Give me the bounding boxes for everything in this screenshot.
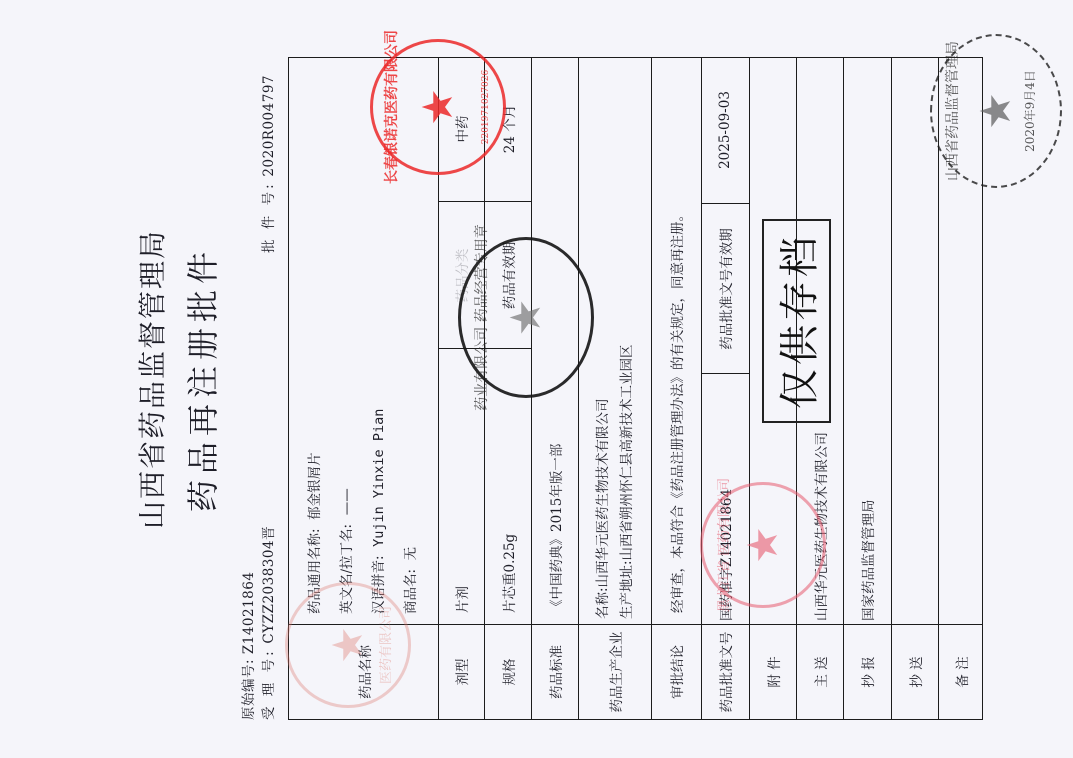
- approval-number-label: 批 件 号:: [261, 181, 277, 253]
- trade-name-line: 商品名: 无: [395, 409, 427, 614]
- manufacturer-address-value: 山西省朔州怀仁县高新技术工业园区: [619, 344, 635, 560]
- category-value: 中药: [438, 56, 484, 202]
- shelf-life-value: 24 个月: [484, 56, 531, 202]
- pinyin-line: 汉语拼音: Yujin Yinxie Pian: [363, 409, 395, 614]
- copy-to-label: 抄 送: [891, 625, 938, 719]
- pinyin-value: Yujin Yinxie Pian: [371, 409, 387, 547]
- english-name-line: 英文名/拉丁名: ——: [331, 409, 363, 614]
- category-label: 药品分类: [438, 202, 484, 349]
- english-name-label: 英文名/拉丁名:: [339, 524, 355, 614]
- original-number-value: Z14021864: [241, 572, 257, 655]
- pinyin-label: 汉语拼音:: [371, 555, 387, 614]
- drug-name-label: 药品名称: [289, 625, 438, 719]
- approval-number-value: 2020R004797: [261, 75, 277, 177]
- generic-name-value: 郁金银屑片: [307, 452, 323, 520]
- approval-doc-value: 国药准字Z14021864: [701, 374, 749, 625]
- original-number: 原始编号: Z14021864: [237, 572, 257, 720]
- manufacturer-details: 名称:山西华元医药生物技术有限公司 生产地址:山西省朔州怀仁县高新技术工业园区: [578, 56, 651, 625]
- specification-value: 片芯重0.25g: [484, 349, 531, 625]
- main-recipient-label: 主 送: [796, 625, 843, 719]
- standard-value: 《中国药典》2015年版一部: [531, 56, 578, 625]
- manufacturer-name-value: 山西华元医药生物技术有限公司: [595, 398, 611, 587]
- remarks-value: [938, 56, 984, 625]
- dosage-form-label: 剂型: [438, 625, 484, 719]
- attachment-label: 附 件: [749, 625, 796, 719]
- shelf-life-label: 药品有效期: [484, 202, 531, 349]
- approval-number: 批 件 号: 2020R004797: [257, 75, 277, 253]
- agency-seal-date: 2020年9月4日: [1021, 70, 1038, 152]
- manufacturer-address-label: 生产地址:: [619, 560, 635, 619]
- generic-name-label: 药品通用名称:: [307, 528, 323, 614]
- issuing-agency: 山西省药品监督管理局: [131, 0, 171, 758]
- approval-validity-value: 2025-09-03: [701, 56, 749, 204]
- report-to-value: 国家药品监督管理局: [843, 56, 891, 625]
- acceptance-number-value: CYZZ2038304晋: [261, 526, 277, 644]
- manufacturer-name-label: 名称:: [595, 587, 611, 619]
- manufacturer-address-line: 生产地址:山西省朔州怀仁县高新技术工业园区: [615, 344, 639, 619]
- drug-name-details: 药品通用名称: 郁金银屑片 英文名/拉丁名: —— 汉语拼音: Yujin Yi…: [299, 409, 427, 614]
- manufacturer-name-line: 名称:山西华元医药生物技术有限公司: [591, 398, 615, 619]
- approval-doc-label: 药品批准文号: [701, 625, 749, 719]
- remarks-label: 备 注: [938, 625, 984, 719]
- original-number-label: 原始编号:: [241, 659, 257, 720]
- manufacturer-label: 药品生产企业: [578, 625, 651, 719]
- english-name-value: ——: [339, 488, 355, 515]
- acceptance-number: 受 理 号: CYZZ2038304晋: [257, 526, 277, 720]
- registration-approval-document: 山西省药品监督管理局 药品再注册批件 原始编号: Z14021864 受 理 号…: [0, 0, 1073, 758]
- conclusion-value: 经审查，本品符合《药品注册管理办法》的有关规定，同意再注册。: [651, 56, 701, 625]
- archive-only-mark: 仅供存档: [762, 219, 831, 423]
- generic-name-line: 药品通用名称: 郁金银屑片: [299, 409, 331, 614]
- specification-label: 规格: [484, 625, 531, 719]
- approval-table: 药品名称 药品通用名称: 郁金银屑片 英文名/拉丁名: —— 汉语拼音: Yuj…: [288, 57, 983, 720]
- approval-validity-label: 药品批准文号有效期: [701, 204, 749, 374]
- bleed-through-text: [0, 60, 140, 698]
- copy-to-value: [891, 56, 938, 625]
- report-to-label: 抄 报: [843, 625, 891, 719]
- conclusion-label: 审批结论: [651, 625, 701, 719]
- standard-label: 药品标准: [531, 625, 578, 719]
- trade-name-label: 商品名:: [403, 569, 419, 614]
- acceptance-number-label: 受 理 号:: [261, 648, 277, 720]
- dosage-form-value: 片剂: [438, 349, 484, 625]
- document-title: 药品再注册批件: [178, 0, 224, 758]
- trade-name-value: 无: [403, 547, 419, 561]
